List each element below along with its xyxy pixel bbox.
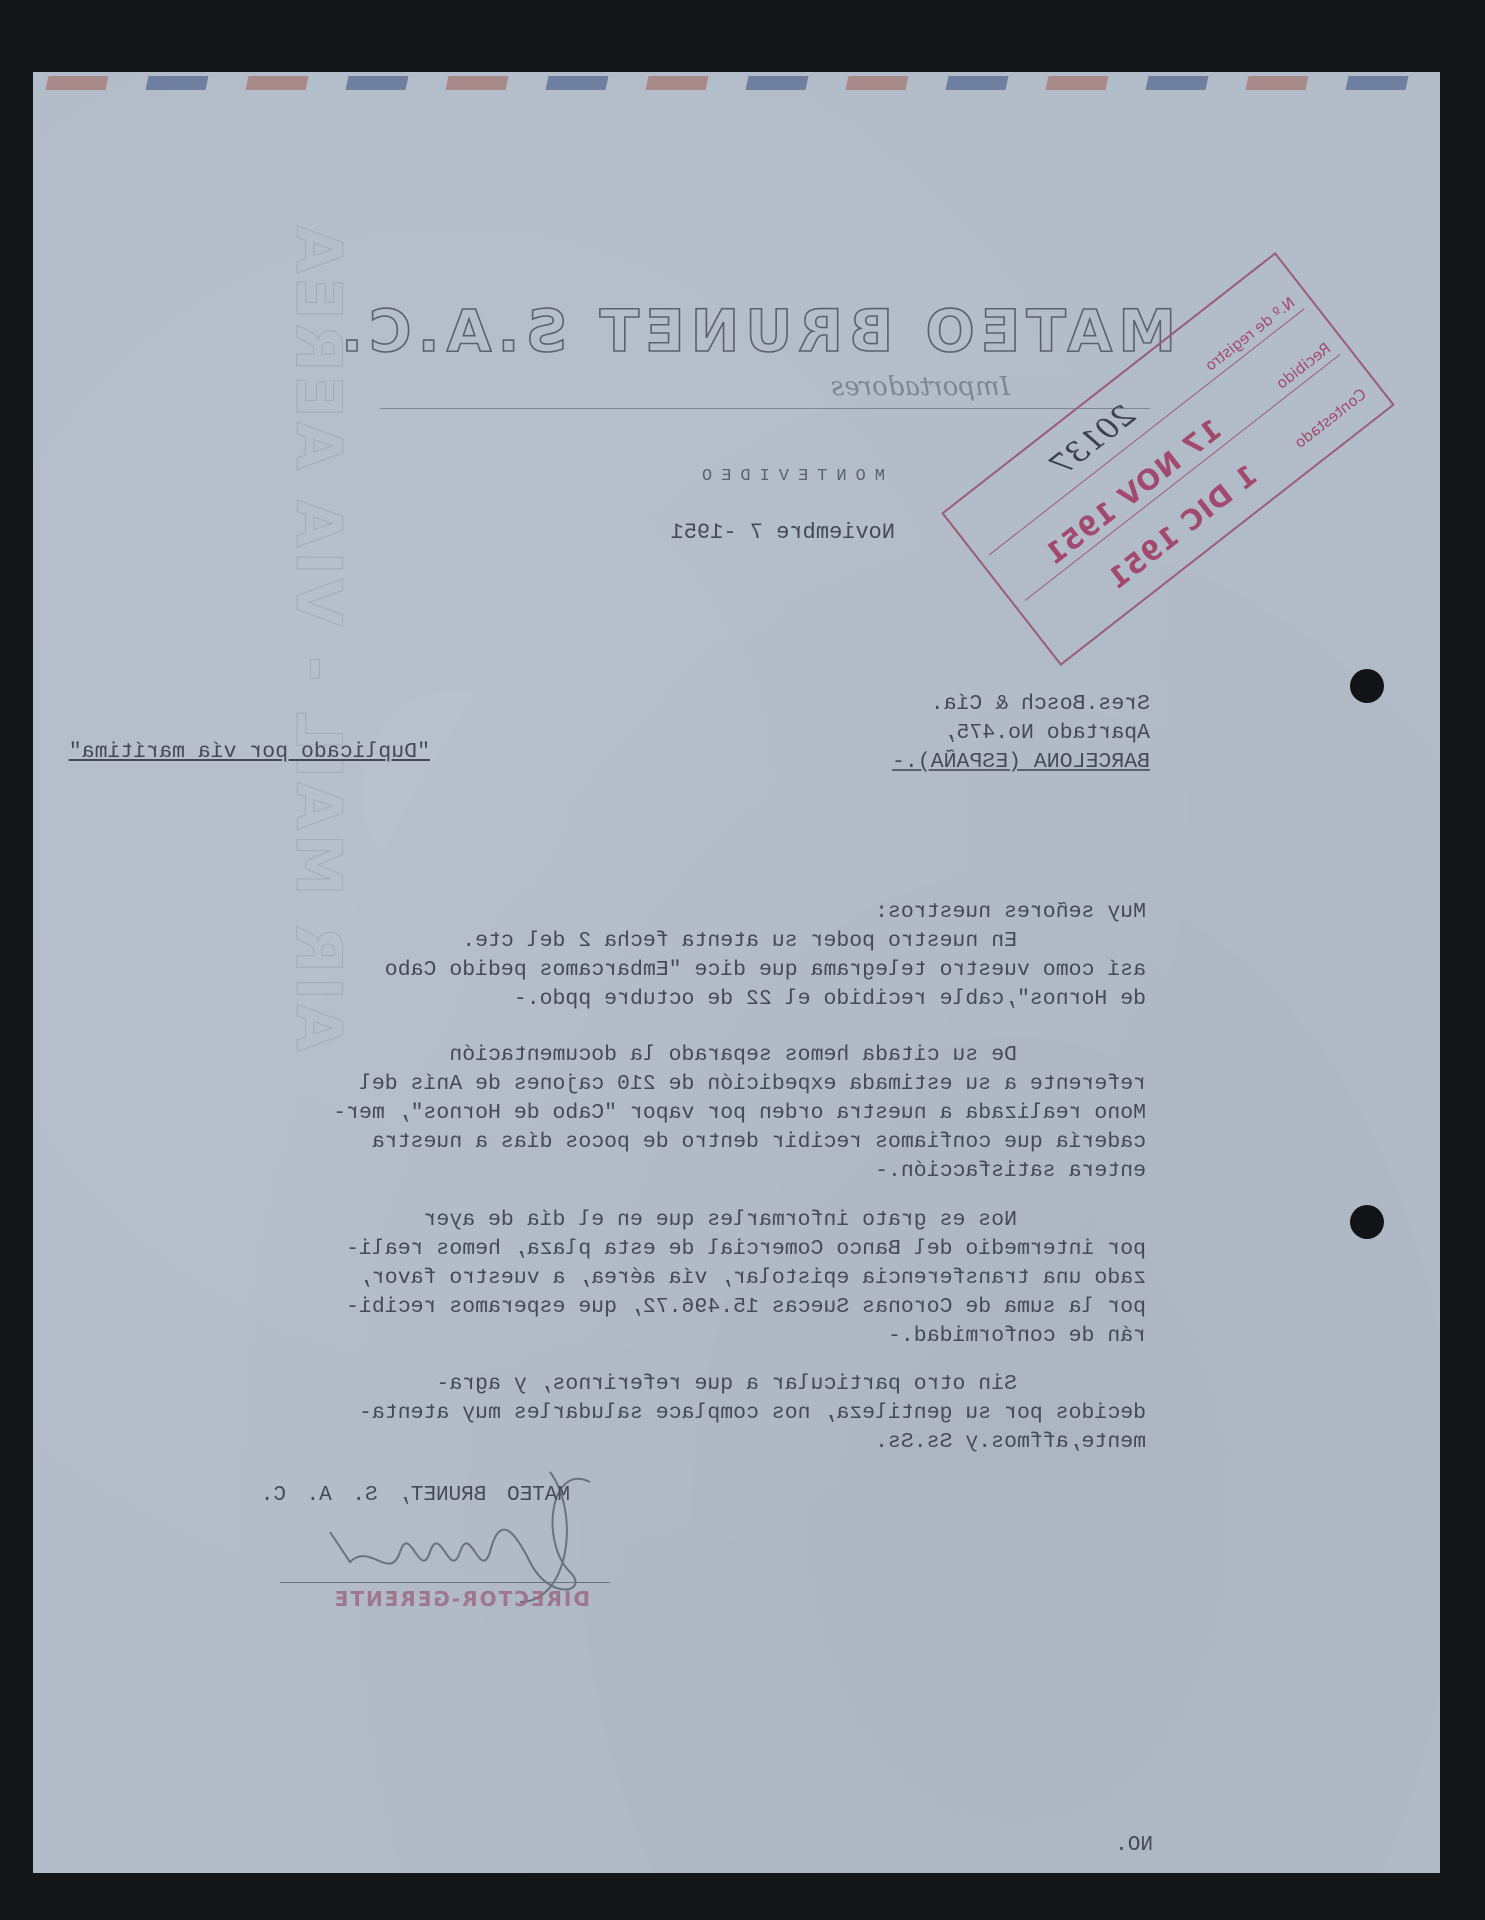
paragraph-3-line-5: rán de conformidad.- <box>888 1322 1146 1351</box>
signature-title: DIRECTOR-GERENTE <box>333 1587 590 1611</box>
paragraph-3-line-4: por la suma de Coronas Suecas 15.496.72,… <box>346 1293 1146 1322</box>
paragraph-1-line-3: de Hornos",cable recibido el 22 de octub… <box>514 985 1146 1014</box>
reference-number-label: NO. <box>1115 1834 1153 1857</box>
paragraph-1-line-1: En nuestro poder su atenta fecha 2 del c… <box>462 927 1146 956</box>
recipient-line-1: Sres.Bosch & Cía. <box>931 690 1150 719</box>
paragraph-2-line-5: entera satisfacción.- <box>875 1157 1146 1186</box>
paragraph-4-line-2: decidos por su gentileza, nos complace s… <box>359 1399 1146 1428</box>
paragraph-4-line-3: mente,affmos.y Ss.Ss. <box>875 1428 1146 1457</box>
paragraph-3-line-1: Nos es grato informarles que en el día d… <box>423 1206 1146 1235</box>
punch-hole-top <box>1350 669 1384 703</box>
letter-sheet: AIR MAIL - VIA AEREA MATEO BRUNET S.A.C.… <box>33 72 1440 1873</box>
punch-hole-bottom <box>1350 1205 1384 1239</box>
letterhead-city: MONTEVIDEO <box>693 467 885 486</box>
paragraph-2-line-2: referente a su estimada expedición de 21… <box>359 1070 1146 1099</box>
stamp-contestado-label: Contestado <box>1291 385 1370 452</box>
paragraph-1-line-2: así como vuestro telegrama que dice "Emb… <box>385 956 1146 985</box>
letterhead-subtitle: Importadores <box>831 372 1010 402</box>
paragraph-2-line-4: cadería que confiamos recibir dentro de … <box>372 1128 1146 1157</box>
paragraph-2-line-3: Mono realizada a nuestra orden por vapor… <box>333 1099 1146 1128</box>
paragraph-3-line-3: zado una transferencia epistolar, vía aé… <box>359 1264 1146 1293</box>
paragraph-4-line-1: Sin otro particular a que referirnos, y … <box>436 1370 1146 1399</box>
recipient-line-2: Apartado No.475, <box>944 719 1150 748</box>
letterhead-rule <box>380 408 1150 409</box>
letter-date: Noviembre 7 -1951 <box>671 520 895 545</box>
paragraph-3-line-2: por intermedio del Banco Comercial de es… <box>346 1235 1146 1264</box>
paragraph-2-line-1: De su citada hemos separado la documenta… <box>449 1041 1146 1070</box>
transmission-note: "Duplicado por vía marítima" <box>69 740 430 764</box>
signature-rule <box>280 1582 610 1583</box>
recipient-line-3: BARCELONA (ESPAÑA).- <box>892 748 1150 777</box>
letterhead-company: MATEO BRUNET S.A.C. <box>335 297 1176 365</box>
salutation: Muy señores nuestros: <box>875 898 1146 927</box>
mirrored-content: AIR MAIL - VIA AEREA MATEO BRUNET S.A.C.… <box>33 72 1440 1873</box>
